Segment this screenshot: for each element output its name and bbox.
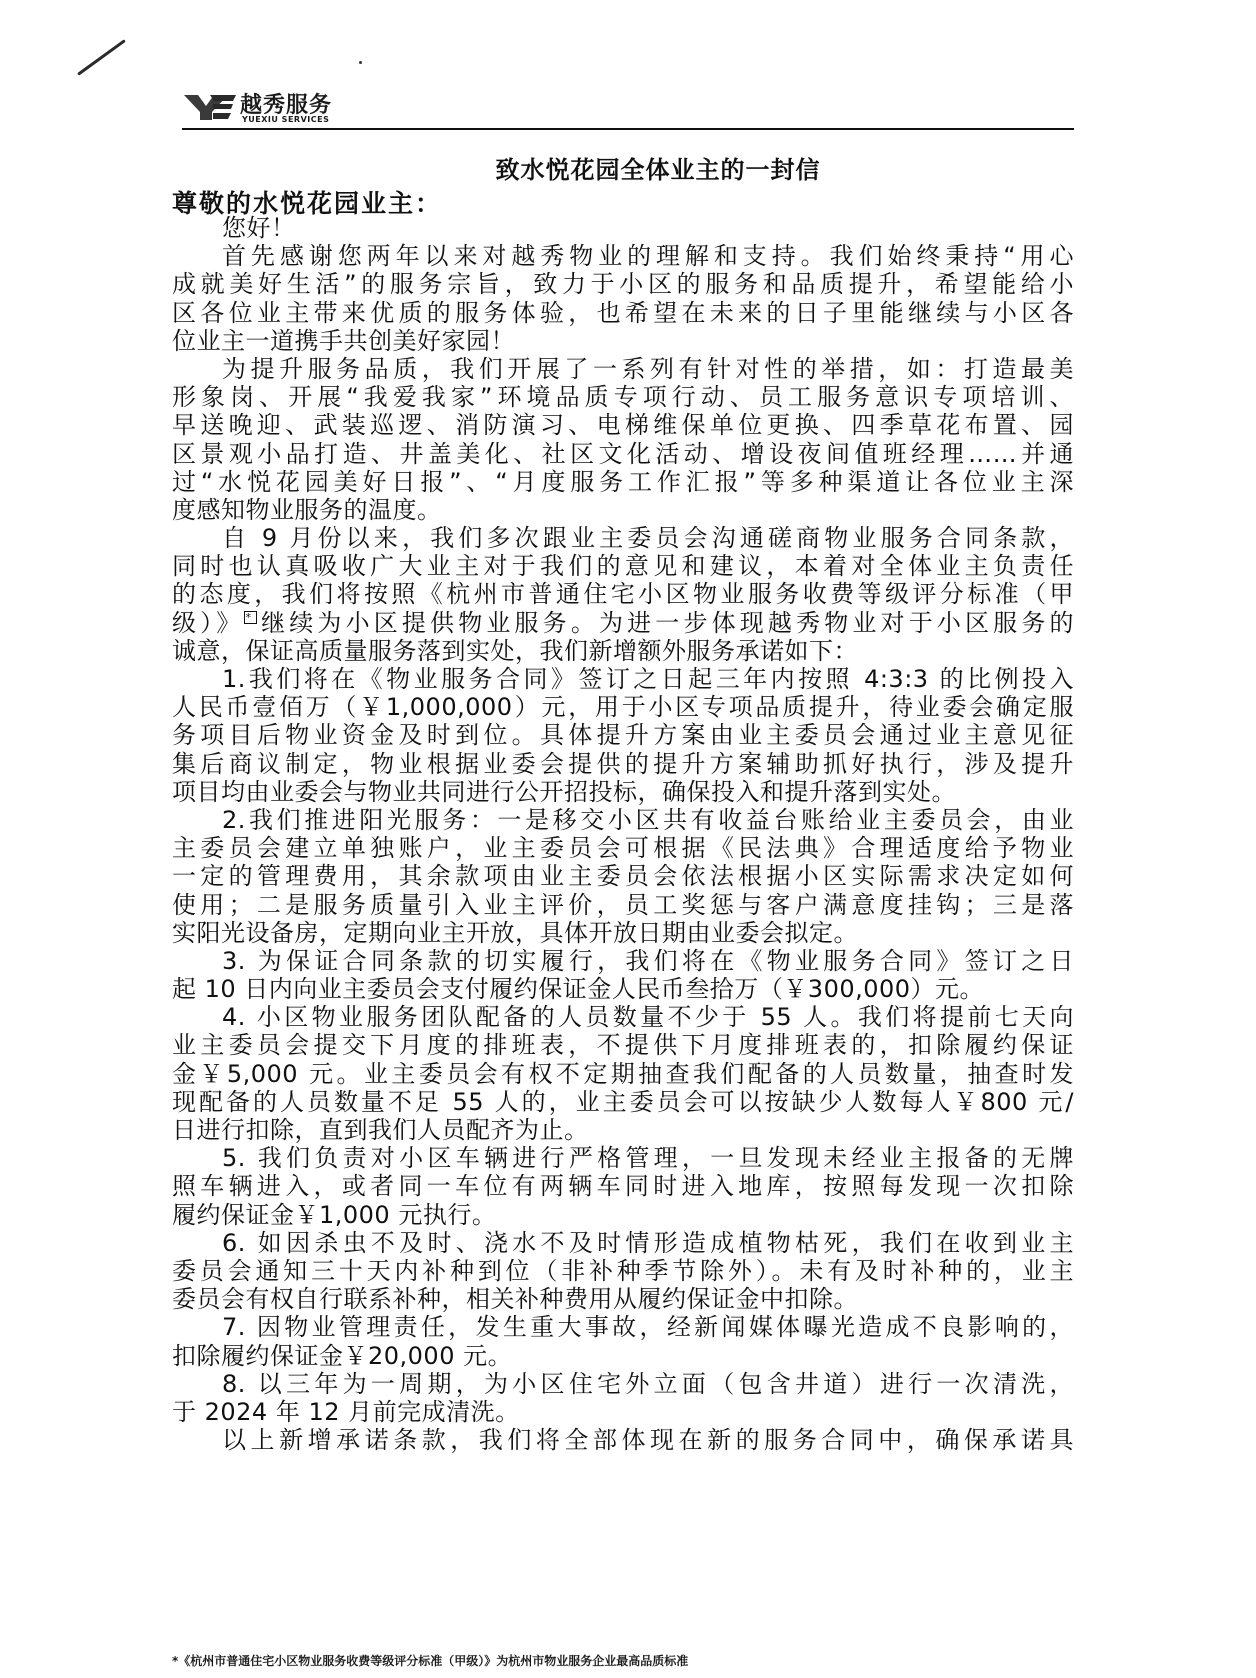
text-line: 形象岗、开展“我爱我家”环境品质专项行动、员工服务意识专项培训、 bbox=[172, 383, 1074, 411]
text-line: 早送晚迎、武装巡逻、消防演习、电梯维保单位更换、四季草花布置、园 bbox=[172, 411, 1074, 439]
text-line: 使用；二是服务质量引入业主评价，员工奖惩与客户满意度挂钩；三是落 bbox=[172, 891, 1074, 919]
letter-title: 致水悦花园全体业主的一封信 bbox=[0, 150, 1256, 185]
text-line: 7. 因物业管理责任，发生重大事故，经新闻媒体曝光造成不良影响的， bbox=[172, 1313, 1074, 1341]
text-line: 首先感谢您两年以来对越秀物业的理解和支持。我们始终秉持“用心 bbox=[172, 242, 1074, 270]
text-line: 委员会有权自行联系补种，相关补种费用从履约保证金中扣除。 bbox=[172, 1285, 1074, 1313]
text-line: 日进行扣除，直到我们人员配齐为止。 bbox=[172, 1116, 1074, 1144]
text-line: 2.我们推进阳光服务：一是移交小区共有收益台账给业主委员会，由业 bbox=[172, 806, 1074, 834]
text-line: 扣除履约保证金￥20,000 元。 bbox=[172, 1342, 1074, 1370]
pen-stroke-mark bbox=[77, 39, 126, 76]
logo-english-name: YUEXIU SERVICES bbox=[242, 115, 329, 124]
text-line: 8. 以三年为一周期，为小区住宅外立面（包含井道）进行一次清洗， bbox=[172, 1370, 1074, 1398]
text-line: 区景观小品打造、井盖美化、社区文化活动、增设夜间值班经理……并通 bbox=[172, 440, 1074, 468]
text-line: 区各位业主带来优质的服务体验，也希望在未来的日子里能继续与小区各 bbox=[172, 299, 1074, 327]
text-line: 位业主一道携手共创美好家园！ bbox=[172, 327, 1074, 355]
text-line: 集后商议制定，物业根据业委会提供的提升方案辅助抓好执行，涉及提升 bbox=[172, 750, 1074, 778]
text-line: 成就美好生活”的服务宗旨，致力于小区的服务和品质提升，希望能给小 bbox=[172, 270, 1074, 298]
text-line: 6. 如因杀虫不及时、浇水不及时情形造成植物枯死，我们在收到业主 bbox=[172, 1229, 1074, 1257]
letter-body: 您好！ 首先感谢您两年以来对越秀物业的理解和支持。我们始终秉持“用心成就美好生活… bbox=[172, 214, 1074, 1454]
text-line: 业主委员会提交下月度的排班表，不提供下月度排班表的，扣除履约保证 bbox=[172, 1031, 1074, 1059]
text-line: 金￥5,000 元。业主委员会有权不定期抽查我们配备的人员数量，抽查时发 bbox=[172, 1060, 1074, 1088]
text-line: 自 9 月份以来，我们多次跟业主委员会沟通磋商物业服务合同条款， bbox=[172, 524, 1074, 552]
text-line: 的态度，我们将按照《杭州市普通住宅小区物业服务收费等级评分标准（甲 bbox=[172, 580, 1074, 608]
footnote: *《杭州市普通住宅小区物业服务收费等级评分标准（甲级）》为杭州市物业服务企业最高… bbox=[172, 1652, 688, 1669]
text-fragment: 级）》 bbox=[172, 609, 244, 637]
text-line: 诚意，保证高质量服务落到实处，我们新增额外服务承诺如下： bbox=[172, 637, 1074, 665]
text-line: 一定的管理费用，其余款项由业主委员会依法根据小区实际需求决定如何 bbox=[172, 862, 1074, 890]
body-lines: 首先感谢您两年以来对越秀物业的理解和支持。我们始终秉持“用心成就美好生活”的服务… bbox=[172, 242, 1074, 1454]
footnote-reference-mark: * bbox=[244, 611, 257, 624]
yuexiu-logo-icon bbox=[184, 92, 236, 122]
text-line: 1.我们将在《物业服务合同》签订之日起三年内按照 4:3:3 的比例投入 bbox=[172, 665, 1074, 693]
text-line: 4. 小区物业服务团队配备的人员数量不少于 55 人。我们将提前七天向 bbox=[172, 1003, 1074, 1031]
letterhead: 越秀服务 YUEXIU SERVICES bbox=[182, 88, 1074, 132]
text-line: 照车辆进入，或者同一车位有两辆车同时进入地库，按照每发现一次扣除 bbox=[172, 1172, 1074, 1200]
header-divider bbox=[182, 128, 1074, 130]
text-line: 人民币壹佰万（￥1,000,000）元，用于小区专项品质提升，待业委会确定服 bbox=[172, 693, 1074, 721]
text-line: 务项目后物业资金及时到位。具体提升方案由业主委员会通过业主意见征 bbox=[172, 721, 1074, 749]
text-line: 主委员会建立单独账户，业主委员会可根据《民法典》合理适度给予物业 bbox=[172, 834, 1074, 862]
text-line: 于 2024 年 12 月前完成清洗。 bbox=[172, 1398, 1074, 1426]
text-line: 以上新增承诺条款，我们将全部体现在新的服务合同中，确保承诺具 bbox=[172, 1426, 1074, 1454]
text-line: 起 10 日内向业主委员会支付履约保证金人民币叁拾万（￥300,000）元。 bbox=[172, 975, 1074, 1003]
text-line: 为提升服务品质，我们开展了一系列有针对性的举措，如：打造最美 bbox=[172, 355, 1074, 383]
text-line: 同时也认真吸收广大业主对于我们的意见和建议，本着对全体业主负责任 bbox=[172, 552, 1074, 580]
text-line: 过“水悦花园美好日报”、“月度服务工作汇报”等多种渠道让各位业主深 bbox=[172, 468, 1074, 496]
text-line: 实阳光设备房，定期向业主开放，具体开放日期由业委会拟定。 bbox=[172, 919, 1074, 947]
text-line: 项目均由业委会与物业共同进行公开招投标，确保投入和提升落到实处。 bbox=[172, 778, 1074, 806]
text-line: 5. 我们负责对小区车辆进行严格管理，一旦发现未经业主报备的无牌 bbox=[172, 1144, 1074, 1172]
text-fragment: 继续为小区提供物业服务。为进一步体现越秀物业对于小区服务的 bbox=[257, 609, 1074, 637]
greeting: 您好！ bbox=[172, 214, 1074, 242]
scan-speck bbox=[359, 61, 362, 64]
text-line: 委员会通知三十天内补种到位（非补种季节除外）。未有及时补种的，业主 bbox=[172, 1257, 1074, 1285]
text-line: 履约保证金￥1,000 元执行。 bbox=[172, 1201, 1074, 1229]
text-line: 级）》*继续为小区提供物业服务。为进一步体现越秀物业对于小区服务的 bbox=[172, 609, 1074, 637]
text-line: 3. 为保证合同条款的切实履行，我们将在《物业服务合同》签订之日 bbox=[172, 947, 1074, 975]
text-line: 度感知物业服务的温度。 bbox=[172, 496, 1074, 524]
text-line: 现配备的人员数量不足 55 人的，业主委员会可以按缺少人数每人￥800 元/ bbox=[172, 1088, 1074, 1116]
